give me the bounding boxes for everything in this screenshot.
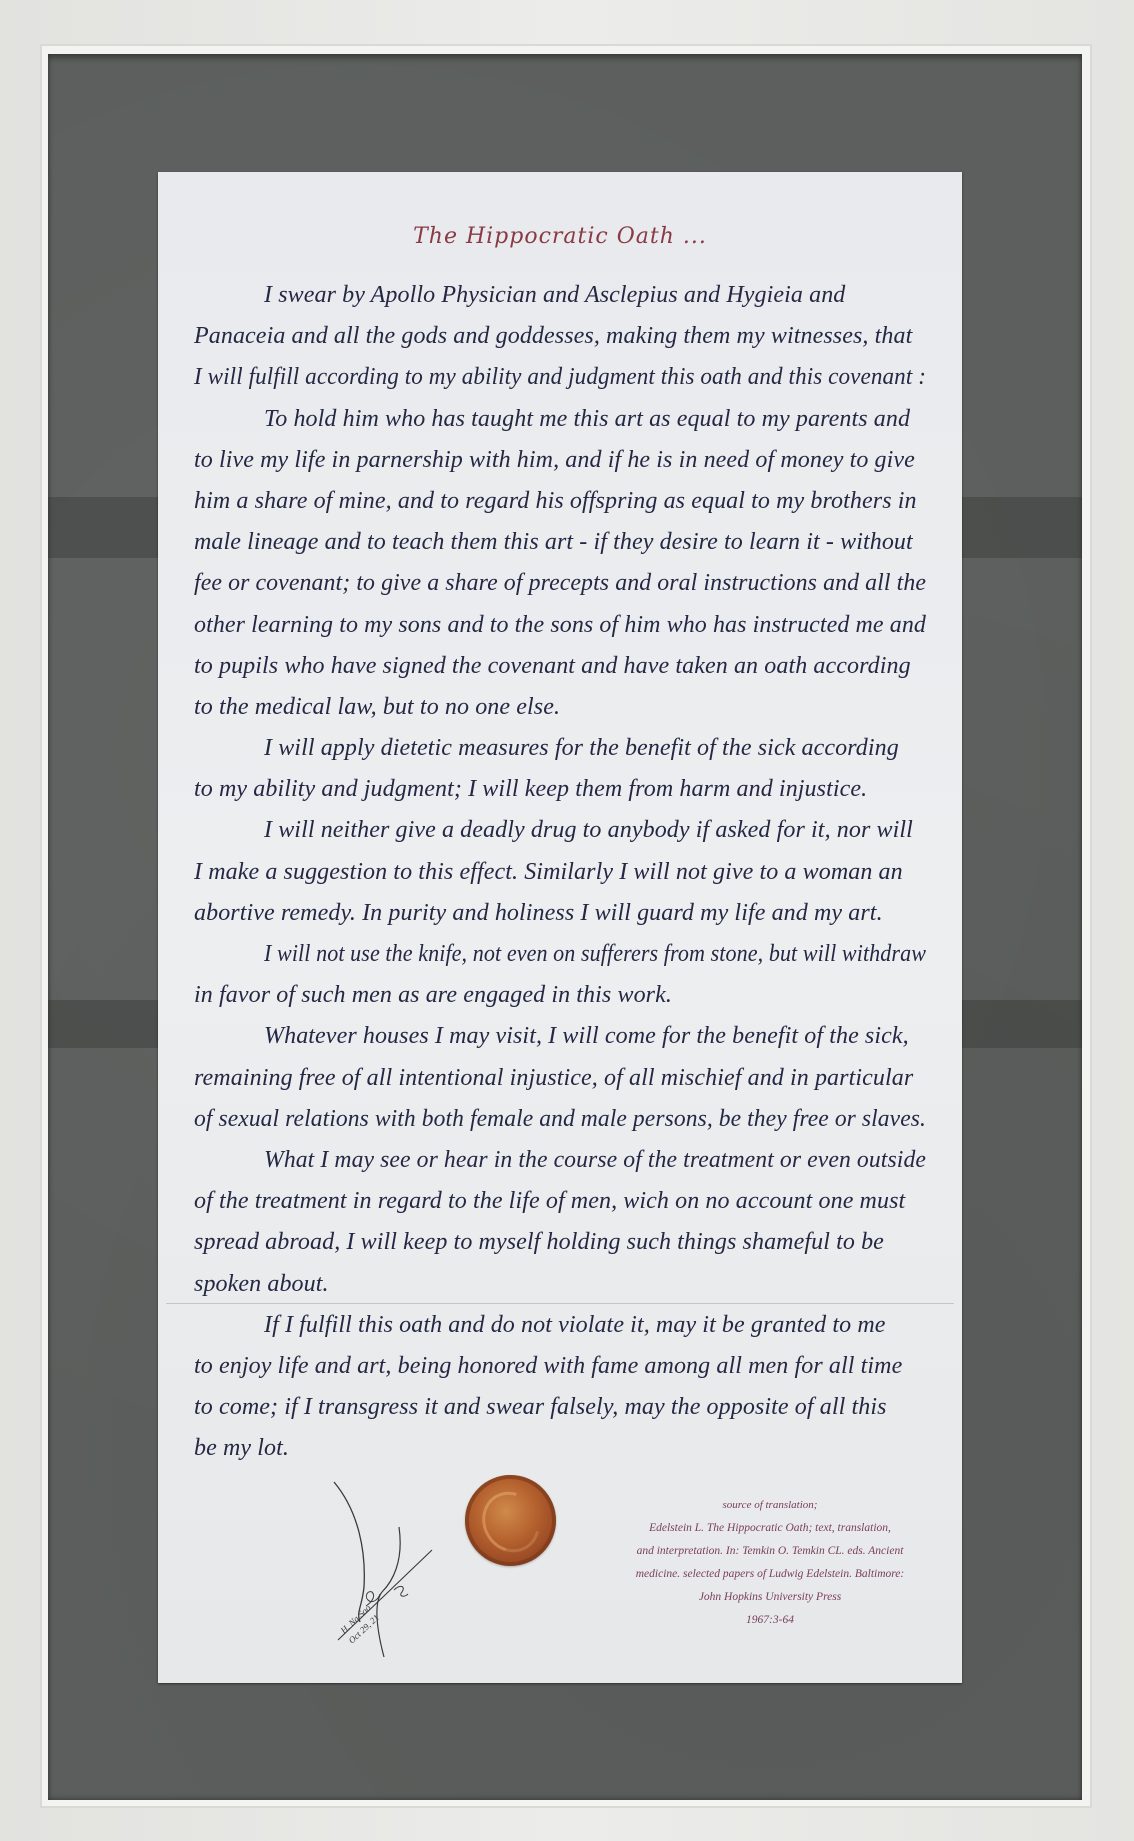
oath-line: I will apply dietetic measures for the b… xyxy=(194,728,926,769)
signature: H. Na Soo Oct 29, 21 xyxy=(304,1472,464,1662)
oath-line: of sexual relations with both female and… xyxy=(194,1099,926,1140)
oath-line: spread abroad, I will keep to myself hol… xyxy=(194,1222,926,1263)
oath-line: I will fulfill according to my ability a… xyxy=(194,357,926,398)
oath-line: If I fulfill this oath and do not violat… xyxy=(194,1305,926,1346)
oath-line: spoken about. xyxy=(194,1264,926,1305)
oath-line: to live my life in parnership with him, … xyxy=(194,440,926,481)
oath-line: to my ability and judgment; I will keep … xyxy=(194,769,926,810)
seal-emblem xyxy=(471,1481,550,1563)
oath-document: The Hippocratic Oath ... I swear by Apol… xyxy=(158,172,962,1683)
oath-line: Whatever houses I may visit, I will come… xyxy=(194,1016,926,1057)
oath-line: to come; if I transgress it and swear fa… xyxy=(194,1387,926,1428)
oath-line: remaining free of all intentional injust… xyxy=(194,1058,926,1099)
citation-line: John Hopkins University Press xyxy=(600,1586,940,1609)
oath-line: fee or covenant; to give a share of prec… xyxy=(194,563,926,604)
citation-heading: source of translation; xyxy=(600,1494,940,1517)
oath-line: of the treatment in regard to the life o… xyxy=(194,1181,926,1222)
citation-line: Edelstein L. The Hippocratic Oath; text,… xyxy=(600,1517,940,1540)
oath-line: I will neither give a deadly drug to any… xyxy=(194,810,926,851)
oath-line: other learning to my sons and to the son… xyxy=(194,605,926,646)
oath-line: to pupils who have signed the covenant a… xyxy=(194,646,926,687)
oath-line: To hold him who has taught me this art a… xyxy=(194,399,926,440)
oath-line: I will not use the knife, not even on su… xyxy=(194,934,926,975)
wax-seal xyxy=(465,1475,556,1566)
citation-line: and interpretation. In: Temkin O. Temkin… xyxy=(600,1540,940,1563)
oath-line: male lineage and to teach them this art … xyxy=(194,522,926,563)
oath-line: him a share of mine, and to regard his o… xyxy=(194,481,926,522)
oath-line: to the medical law, but to no one else. xyxy=(194,687,926,728)
citation-line: medicine. selected papers of Ludwig Edel… xyxy=(600,1563,940,1586)
oath-line: Panaceia and all the gods and goddesses,… xyxy=(194,316,926,357)
document-title: The Hippocratic Oath ... xyxy=(158,224,962,249)
oath-line: What I may see or hear in the course of … xyxy=(194,1140,926,1181)
oath-line: in favor of such men as are engaged in t… xyxy=(194,975,926,1016)
oath-line: to enjoy life and art, being honored wit… xyxy=(194,1346,926,1387)
translation-citation: source of translation; Edelstein L. The … xyxy=(600,1494,940,1632)
oath-line: be my lot. xyxy=(194,1428,926,1469)
oath-line: I swear by Apollo Physician and Asclepiu… xyxy=(194,275,926,316)
oath-text: I swear by Apollo Physician and Asclepiu… xyxy=(194,275,926,1469)
oath-line: I make a suggestion to this effect. Simi… xyxy=(194,852,926,893)
oath-line: abortive remedy. In purity and holiness … xyxy=(194,893,926,934)
citation-line: 1967:3-64 xyxy=(600,1609,940,1632)
